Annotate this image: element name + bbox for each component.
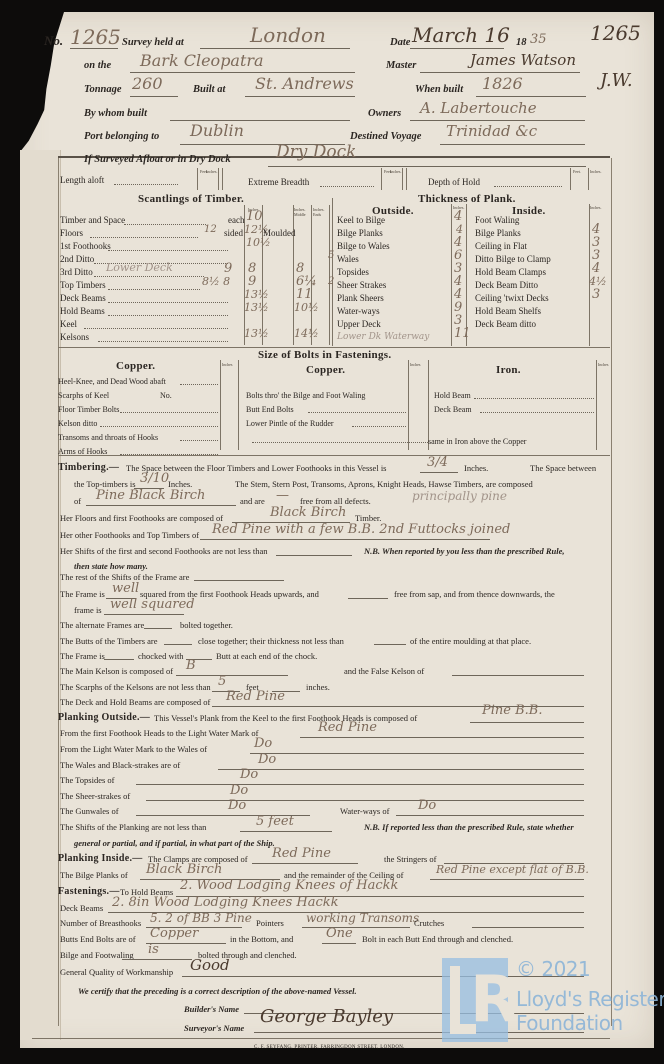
lloyds-register-watermark: R © 2021 Lloyd's Register Foundation [442, 958, 642, 1042]
voyage-label: Destined Voyage [350, 131, 421, 142]
paper-fold-strip [20, 150, 61, 1040]
scantlings-title: Scantlings of Timber. [138, 194, 244, 205]
no-value: 1265 [70, 26, 121, 48]
length-aloft-label: Length aloft [60, 175, 104, 186]
survey-held-label: Survey held at [122, 37, 184, 48]
master-value: James Watson [470, 53, 576, 67]
year-prefix: 18 [516, 37, 527, 48]
vessel-name: Bark Cleopatra [140, 54, 264, 68]
when-built-value: 1826 [482, 77, 523, 91]
by-whom-label: By whom built [84, 108, 147, 119]
certify-statement: We certify that the preceding is a corre… [78, 986, 357, 997]
surveyor-signature: George Bayley [260, 1010, 393, 1024]
owners-value: A. Labertouche [420, 101, 537, 115]
builder-name-label: Builder's Name [184, 1004, 239, 1015]
corner-number: 1265 [590, 22, 641, 44]
watermark-line2: Foundation [516, 1012, 623, 1034]
watermark-line1: Lloyd's Register [516, 988, 664, 1010]
voyage-value: Trinidad &c [446, 124, 537, 138]
corner-initials: J.W. [600, 74, 633, 88]
date-label: Date [390, 37, 410, 48]
surveyed-label: If Surveyed Afloat or in Dry Dock [84, 154, 231, 165]
on-the-label: on the [84, 60, 111, 71]
lr-logo-icon: R [442, 958, 508, 1042]
owners-label: Owners [368, 108, 401, 119]
tonnage-value: 260 [132, 77, 163, 91]
copper-title-1: Copper. [116, 361, 155, 372]
iron-title: Iron. [496, 365, 521, 376]
built-at-value: St. Andrews [255, 77, 354, 91]
master-label: Master [386, 60, 416, 71]
bolts-title: Size of Bolts in Fastenings. [258, 350, 391, 361]
built-at-label: Built at [193, 84, 225, 95]
copper-title-2: Copper. [306, 365, 345, 376]
extreme-breadth-label: Extreme Breadth [248, 177, 309, 188]
depth-of-hold-label: Depth of Hold [428, 177, 480, 188]
surveyor-name-label: Surveyor's Name [184, 1023, 244, 1034]
year-value: 35 [530, 33, 547, 47]
no-label: No. [44, 35, 63, 46]
tonnage-label: Tonnage [84, 84, 122, 95]
port-value: Dublin [190, 124, 244, 138]
watermark-copyright: © 2021 [516, 958, 590, 980]
port-label: Port belonging to [84, 131, 159, 142]
surveyed-value: Dry Dock [276, 145, 356, 159]
survey-held-value: London [250, 24, 326, 46]
printer-imprint: C. F. SEYFANG, PRINTER, FARRINGDON STREE… [254, 1045, 405, 1051]
date-value: March 16 [412, 24, 510, 46]
when-built-label: When built [415, 84, 463, 95]
